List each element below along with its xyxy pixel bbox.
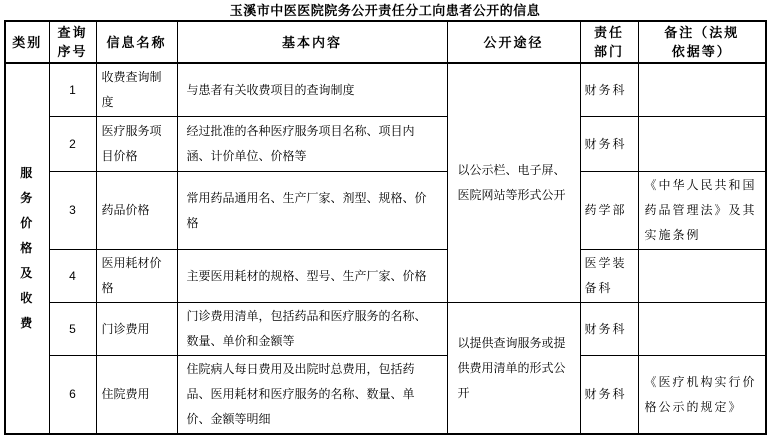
header-channel: 公开途径: [447, 21, 580, 63]
info-name: 住院费用: [96, 356, 177, 435]
remark-cell: [638, 117, 766, 172]
row-index: 1: [49, 63, 96, 117]
table-row: 3 药品价格 常用药品通用名、生产厂家、剂型、规格、价格 药学部 《中华人民共和…: [5, 172, 766, 250]
info-name: 医用耗材价格: [96, 250, 177, 303]
category-cell: 服 务 价 格 及 收 费: [5, 63, 49, 434]
table-header-row: 类别 查询 序号 信息名称 基本内容 公开途径 责任 部门 备注（法规 依据等）: [5, 21, 766, 63]
basic-content: 经过批准的各种医疗服务项目名称、项目内涵、计价单位、价格等: [177, 117, 447, 172]
table-row: 6 住院费用 住院病人每日费用及出院时总费用，包括药品、医用耗材和医疗服务的名称…: [5, 356, 766, 435]
header-category: 类别: [5, 21, 49, 63]
table-row: 2 医疗服务项目价格 经过批准的各种医疗服务项目名称、项目内涵、计价单位、价格等…: [5, 117, 766, 172]
basic-content: 门诊费用清单，包括药品和医疗服务的名称、数量、单价和金额等: [177, 303, 447, 356]
info-name: 医疗服务项目价格: [96, 117, 177, 172]
info-name: 药品价格: [96, 172, 177, 250]
channel-cell: 以公示栏、电子屏、医院网站等形式公开: [447, 63, 580, 303]
row-index: 6: [49, 356, 96, 435]
info-name: 门诊费用: [96, 303, 177, 356]
document-page: 玉溪市中医医院院务公开责任分工向患者公开的信息 类别 查询 序号 信息名称 基本…: [0, 0, 770, 435]
row-index: 4: [49, 250, 96, 303]
page-title: 玉溪市中医医院院务公开责任分工向患者公开的信息: [0, 0, 770, 20]
department-cell: 财务科: [580, 356, 638, 435]
department-cell: 药学部: [580, 172, 638, 250]
remark-cell: [638, 303, 766, 356]
remark-cell: [638, 250, 766, 303]
remark-cell: 《中华人民共和国药品管理法》及其实施条例: [638, 172, 766, 250]
row-index: 2: [49, 117, 96, 172]
basic-content: 主要医用耗材的规格、型号、生产厂家、价格: [177, 250, 447, 303]
department-cell: 财务科: [580, 117, 638, 172]
table-row: 5 门诊费用 门诊费用清单，包括药品和医疗服务的名称、数量、单价和金额等 以提供…: [5, 303, 766, 356]
department-cell: 医学装备科: [580, 250, 638, 303]
remark-cell: 《医疗机构实行价格公示的规定》: [638, 356, 766, 435]
header-remark: 备注（法规 依据等）: [638, 21, 766, 63]
table-row: 4 医用耗材价格 主要医用耗材的规格、型号、生产厂家、价格 医学装备科: [5, 250, 766, 303]
channel-cell: 以提供查询服务或提供费用清单的形式公开: [447, 303, 580, 435]
basic-content: 住院病人每日费用及出院时总费用，包括药品、医用耗材和医疗服务的名称、数量、单价、…: [177, 356, 447, 435]
department-cell: 财务科: [580, 303, 638, 356]
info-name: 收费查询制度: [96, 63, 177, 117]
info-disclosure-table: 类别 查询 序号 信息名称 基本内容 公开途径 责任 部门 备注（法规 依据等）…: [4, 20, 767, 435]
header-name: 信息名称: [96, 21, 177, 63]
header-department: 责任 部门: [580, 21, 638, 63]
header-content: 基本内容: [177, 21, 447, 63]
basic-content: 常用药品通用名、生产厂家、剂型、规格、价格: [177, 172, 447, 250]
row-index: 3: [49, 172, 96, 250]
row-index: 5: [49, 303, 96, 356]
basic-content: 与患者有关收费项目的查询制度: [177, 63, 447, 117]
header-index: 查询 序号: [49, 21, 96, 63]
table-row: 服 务 价 格 及 收 费 1 收费查询制度 与患者有关收费项目的查询制度 以公…: [5, 63, 766, 117]
department-cell: 财务科: [580, 63, 638, 117]
remark-cell: [638, 63, 766, 117]
